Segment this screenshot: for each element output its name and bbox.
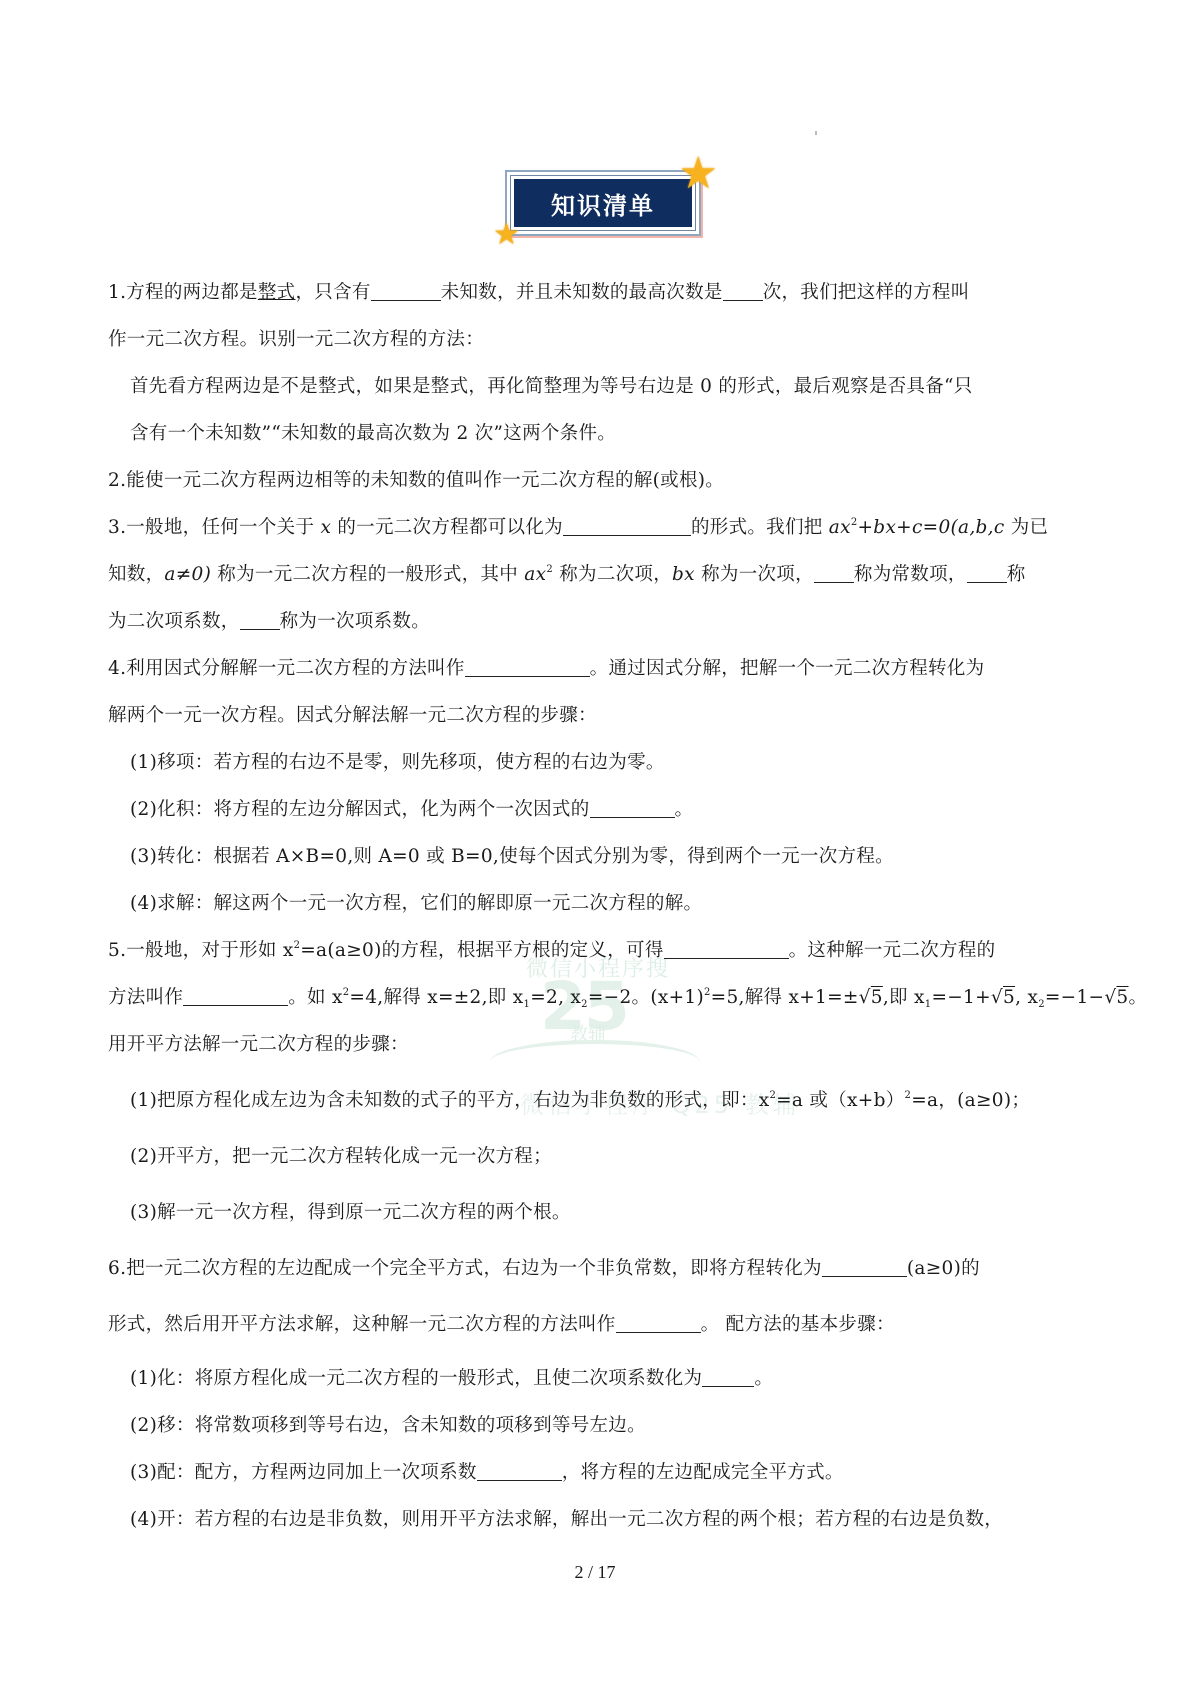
paragraph-1-line-3: 首先看方程两边是不是整式，如果是整式，再化简整理为等号右边是 0 的形式，最后观…	[130, 372, 973, 398]
fill-blank[interactable]	[371, 282, 441, 302]
step-item: (4)开：若方程的右边是非负数，则用开平方法求解，解出一元二次方程的两个根；若方…	[130, 1505, 1003, 1531]
fill-blank[interactable]	[590, 799, 675, 819]
paragraph-5-line-2: 方法叫作。如 x2=4,解得 x=±2,即 x1=2, x2=−2。(x+1)2…	[108, 983, 1147, 1009]
step-item: (3)转化：根据若 A×B=0,则 A=0 或 B=0,使每个因式分别为零，得到…	[130, 842, 894, 868]
fill-blank[interactable]	[183, 987, 288, 1007]
fill-blank[interactable]	[814, 564, 854, 584]
fill-blank[interactable]	[664, 940, 789, 960]
step-item: (1)化：将原方程化成一元二次方程的一般形式，且使二次项系数化为。	[130, 1364, 773, 1390]
step-item: (2)开平方，把一元二次方程转化成一元一次方程；	[130, 1142, 552, 1168]
paragraph-4-line-1: 4.利用因式分解解一元二次方程的方法叫作。通过因式分解，把解一个一元二次方程转化…	[108, 654, 984, 680]
watermark-book-icon	[490, 1040, 700, 1084]
paragraph-3-line-2: 知数，a≠0) 称为一元二次方程的一般形式，其中 ax2 称为二次项，bx 称为…	[108, 560, 1026, 586]
step-item: (2)移：将常数项移到等号右边，含未知数的项移到等号左边。	[130, 1411, 646, 1437]
star-icon: ★	[493, 220, 520, 250]
section-title: 知识清单	[551, 186, 655, 221]
paragraph-5-line-3: 用开平方法解一元二次方程的步骤：	[108, 1030, 409, 1056]
paragraph-5-line-1: 5.一般地，对于形如 x2=a(a≥0)的方程，根据平方根的定义，可得。这种解一…	[108, 936, 995, 962]
fill-blank[interactable]	[822, 1258, 907, 1278]
step-item: (2)化积：将方程的左边分解因式，化为两个一次因式的。	[130, 795, 693, 821]
document-page: 微信小程序搜 25 教辅 微信小程序 Q25 教辅 知识清单 ★ ★ 1.方程的…	[0, 0, 1190, 1683]
paragraph-6-line-2: 形式，然后用开平方法求解，这种解一元二次方程的方法叫作。 配方法的基本步骤：	[108, 1310, 895, 1336]
step-item: (4)求解：解这两个一元一次方程，它们的解即原一元二次方程的解。	[130, 889, 702, 915]
star-icon: ★	[679, 152, 718, 196]
fill-blank[interactable]	[967, 564, 1007, 584]
paragraph-3-line-1: 3.一般地，任何一个关于 x 的一元二次方程都可以化为的形式。我们把 ax2+b…	[108, 513, 1048, 539]
fill-blank[interactable]	[563, 517, 691, 537]
paragraph-2: 2.能使一元二次方程两边相等的未知数的值叫作一元二次方程的解(或根)。	[108, 466, 724, 492]
paragraph-3-line-3: 为二次项系数，称为一次项系数。	[108, 607, 430, 633]
fill-blank[interactable]	[240, 611, 280, 631]
stray-mark	[815, 131, 817, 135]
paragraph-4-line-2: 解两个一元一次方程。因式分解法解一元二次方程的步骤：	[108, 701, 597, 727]
paragraph-1-line-2: 作一元二次方程。识别一元二次方程的方法：	[108, 325, 484, 351]
step-item: (3)配：配方，方程两边同加上一次项系数，将方程的左边配成完全平方式。	[130, 1458, 844, 1484]
fill-blank[interactable]	[465, 658, 590, 678]
step-item: (3)解一元一次方程，得到原一元二次方程的两个根。	[130, 1198, 571, 1224]
paragraph-1-line-1: 1.方程的两边都是整式，只含有未知数，并且未知数的最高次数是次，我们把这样的方程…	[108, 278, 970, 304]
paragraph-6-line-1: 6.把一元二次方程的左边配成一个完全平方式，右边为一个非负常数，即将方程转化为(…	[108, 1254, 980, 1280]
section-title-badge: 知识清单 ★ ★	[497, 160, 712, 242]
fill-blank[interactable]	[723, 282, 763, 302]
step-item: (1)把原方程化成左边为含未知数的式子的平方，右边为非负数的形式，即：x2=a …	[130, 1086, 1030, 1112]
step-item: (1)移项：若方程的右边不是零，则先移项，使方程的右边为零。	[130, 748, 665, 774]
fill-blank[interactable]	[616, 1314, 701, 1334]
paragraph-1-line-4: 含有一个未知数”“未知数的最高次数为 2 次”这两个条件。	[130, 419, 616, 445]
fill-blank[interactable]	[702, 1368, 754, 1388]
page-number: 2 / 17	[0, 1562, 1190, 1583]
fill-blank[interactable]	[477, 1462, 562, 1482]
